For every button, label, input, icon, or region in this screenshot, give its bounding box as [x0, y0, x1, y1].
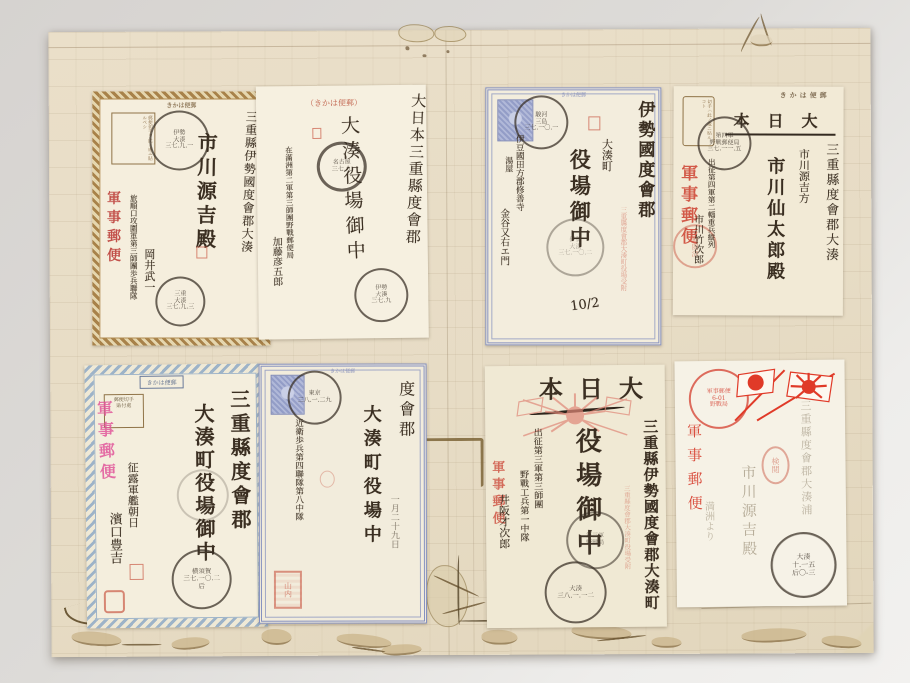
- received-stamp: 三重縣度會郡大湊町役場受附: [623, 485, 631, 570]
- address-column: 市川源吉方: [798, 149, 810, 204]
- glue-residue: [482, 630, 518, 645]
- sender-name: 加藤彦五郎: [270, 236, 281, 286]
- postcard-2: （郵便はかき） 大日本三重縣度會郡 大湊役場御中 名古屋 三七.九 在滿洲第二軍…: [256, 85, 429, 340]
- printed-header: （郵便はかき）: [306, 97, 362, 109]
- sender-column: 伊豆國田方郡修善寺: [514, 134, 523, 211]
- addressee-name: 市川仙太郎殿: [764, 156, 783, 282]
- pencil-note: 満洲より: [702, 501, 713, 541]
- address-column: 三重縣度會郡大湊: [823, 143, 837, 263]
- torn-paper-fragment: [398, 24, 434, 42]
- pencil-address-column: 三重縣度會郡大湊浦: [799, 400, 812, 517]
- sender-column: 近衛歩兵第四聯隊第八中隊: [294, 419, 303, 521]
- received-stamp: 三重縣度會郡大湊町役場受附: [620, 206, 627, 291]
- address-column: 大湊町: [601, 138, 613, 171]
- sender-column: 征露軍艦朝日: [126, 462, 138, 528]
- album-page: 郵便はかき 郵便切手ヲ此ノ處ニ貼ルベシ 伊勢 大湊 三七.九.一 軍事郵便 三重…: [48, 28, 873, 657]
- printed-header: 郵便はかき: [780, 91, 830, 101]
- military-mail-stamp: 軍事郵便: [105, 190, 120, 266]
- red-seal: [196, 246, 207, 258]
- postal-cancellation-mark: 伊勢 大湊 三七.九: [354, 268, 409, 323]
- page-seam-line: [470, 30, 474, 655]
- postcard-6: 郵便はかき 東京 三八.一.二九 度會郡 大湊町役場中 近衛歩兵第四聯隊第八中隊…: [259, 363, 427, 623]
- sender-column: 野戰工兵第一中隊: [518, 470, 528, 542]
- glue-residue: [71, 630, 122, 647]
- postal-cancellation-mark: 横須賀 三七.一〇.二 后: [171, 549, 232, 610]
- printed-header: 郵便はかき: [140, 375, 184, 388]
- red-seal: [312, 128, 321, 139]
- red-seal: [104, 590, 125, 613]
- glue-residue: [171, 635, 210, 651]
- addressee-name: 大湊町役場中: [361, 405, 380, 549]
- red-square-seal: 山内: [274, 571, 302, 609]
- postal-cancellation-mark: 伊勢 大湊 三七.一〇.二: [546, 218, 604, 276]
- sender-name: 濱口豊吉: [107, 512, 121, 564]
- censor-oval-seal: 検閲: [761, 446, 789, 484]
- sender-column: 在滿洲第二軍第三師團野戰郵便局: [285, 146, 294, 259]
- postal-cancellation-mark: 第四軍 野戰郵便局 三七.一一.五: [697, 116, 751, 170]
- sender-column: 出征第三軍第三師團: [531, 428, 541, 509]
- page-seam-line: [445, 30, 449, 655]
- paper-speck: [422, 54, 426, 57]
- red-seal: [588, 116, 600, 130]
- crossed-flags-icon: [718, 364, 841, 425]
- address-column: 度會郡: [397, 380, 414, 440]
- glue-residue: [741, 627, 807, 645]
- sender-column: 出征第四軍第二輜重兵縦列: [707, 158, 715, 248]
- glue-residue: [261, 629, 291, 645]
- sender-column: 旅順口攻圍軍第三師團歩兵聯隊: [129, 194, 137, 299]
- date-note: 10/2: [569, 295, 600, 314]
- postcard-1: 郵便はかき 郵便切手ヲ此ノ處ニ貼ルベシ 伊勢 大湊 三七.九.一 軍事郵便 三重…: [92, 91, 270, 345]
- postcard-4: 郵便はかき 大日本 切手ハ此ノ處ニ貼ルコト 第四軍 野戰郵便局 三七.一一.五 …: [673, 86, 844, 316]
- postal-cancellation-mark: 東京 三八.一.二九: [288, 371, 342, 425]
- postal-cancellation-mark: 大湊 三八.一.一二: [544, 561, 607, 624]
- address-column: 三重縣伊勢國度會郡大湊町: [641, 419, 658, 611]
- postcard-5: 郵便はかき 郵便切手 貼付處 軍事郵便 三重縣度會郡 大湊町役場御中 征露軍艦朝…: [84, 364, 268, 629]
- postcard-7: 大日本 軍事郵便 三重縣伊勢國度會郡大湊町 役場御中: [485, 365, 667, 629]
- printed-header: 郵便はかき: [488, 91, 658, 98]
- red-seal: [320, 471, 335, 488]
- sender-column: 湯屋: [504, 156, 512, 172]
- sender-name: 金谷又右エ門: [498, 208, 508, 265]
- postcard-3: 郵便はかき 駿河 三島 三七.一〇.一 伊勢國度會郡 大湊町 役場御中 10/2…: [485, 87, 661, 345]
- glue-residue: [652, 637, 682, 648]
- address-column: 伊勢國度會郡: [634, 100, 652, 220]
- glue-residue: [122, 644, 162, 646]
- postal-cancellation-mark: [177, 469, 230, 522]
- photo-postcard-album: 郵便はかき 郵便切手ヲ此ノ處ニ貼ルベシ 伊勢 大湊 三七.九.一 軍事郵便 三重…: [0, 0, 910, 683]
- sender-name: 岡井武一: [143, 248, 155, 292]
- postal-cancellation-mark: 三重 大湊 三七.九.三: [155, 276, 205, 326]
- sender-name: 井阪才次郎: [498, 494, 510, 549]
- sender-name: 市川竹次郎: [691, 214, 702, 264]
- addressee-name: 市川源吉殿: [193, 132, 216, 252]
- postal-cancellation-mark: 大湊 十.一五 后〇-三: [770, 532, 837, 599]
- military-mail-stamp: 軍事郵便: [685, 423, 702, 519]
- military-mail-stamp: 軍事郵便: [94, 400, 115, 485]
- glue-residue: [457, 555, 461, 625]
- address-column: 三重縣度會郡: [228, 389, 251, 533]
- date-note: 一月二十九日: [388, 495, 398, 549]
- torn-paper-fragment: [750, 34, 772, 46]
- torn-paper-fragment: [426, 565, 468, 627]
- paper-speck: [446, 50, 449, 53]
- torn-paper-fragment: [434, 26, 466, 42]
- printed-header: 郵便はかき: [99, 100, 263, 109]
- red-seal: [130, 564, 144, 580]
- pencil-addressee: 市川源吉殿: [740, 464, 757, 559]
- paper-speck: [405, 46, 409, 50]
- printed-header: 郵便はかき: [262, 367, 424, 374]
- address-column: 三重縣伊勢國度會郡大湊: [240, 110, 258, 253]
- postcard-8: 軍事郵便 6-01 野戰局 軍事郵便 三重縣度會郡大湊浦 市川源吉殿: [674, 360, 847, 608]
- address-column: 大日本三重縣度會郡: [404, 92, 426, 246]
